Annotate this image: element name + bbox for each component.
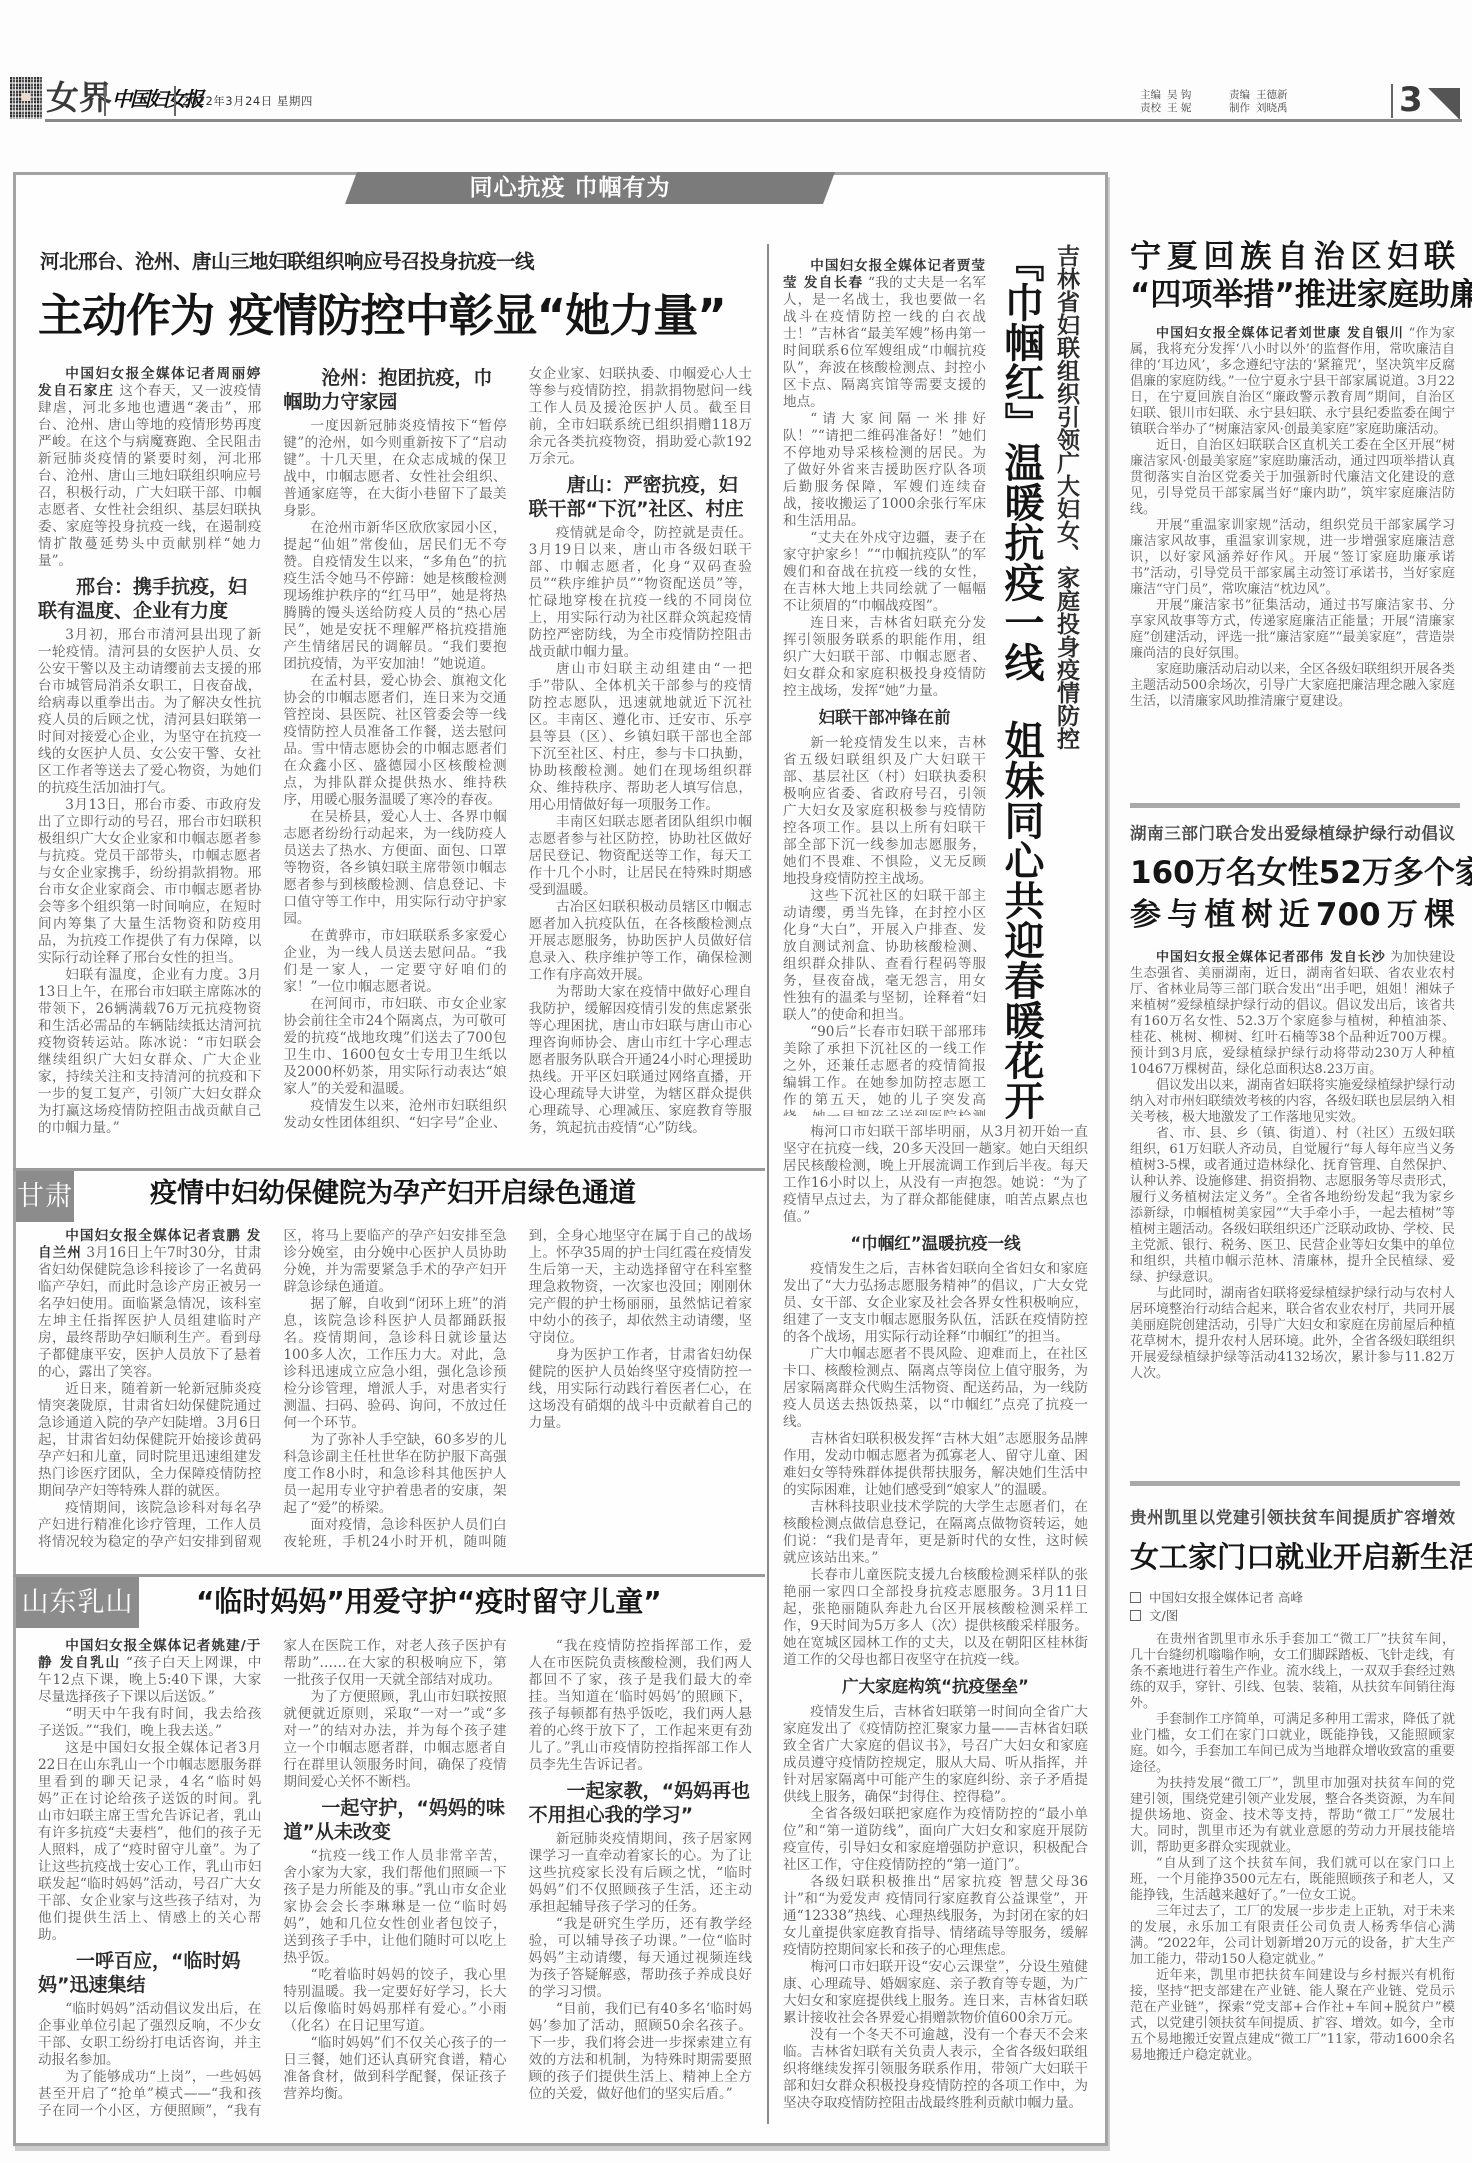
paragraph: 在孟村县，爱心协会、旗袍文化协会的巾帼志愿者们，连日来为交通管控岗、县医院、社区… — [283, 673, 506, 809]
paragraph: “90后”长春市妇联干部邢玮美除了承担下沉社区的一线工作之外，还兼任志愿者的疫情… — [783, 1024, 986, 1116]
paragraph: 中国妇女报全媒体记者贾莹莹 发自长春 “我的丈夫是一名军人，是一名战士，我也要做… — [783, 258, 986, 411]
subheading: 广大家庭构筑“抗疫堡垒” — [783, 1675, 1088, 1699]
subheading: 邢台：携手抗疫，妇联有温度、企业有力度 — [38, 575, 261, 623]
credit-name: 刘晓禹 — [1256, 102, 1304, 115]
paragraph: 为扶持发展“微工厂”，凯里市加强对扶贫车间的党建引领，围绕党建引领产业发展，整合… — [1130, 1776, 1455, 1856]
paragraph: 手套制作工序简单，可满足多种用工需求，降低了就业门槛，女工们在家门口就业，既能挣… — [1130, 1712, 1455, 1776]
corner-triangle-icon — [1428, 88, 1460, 120]
paragraph: 中国妇女报全媒体记者邵伟 发自长沙 为加快建设生态强省、美丽湖南，近日，湖南省妇… — [1130, 950, 1455, 1078]
jilin-headline-part1: 『巾帼红』温暖抗疫一线 — [998, 242, 1044, 682]
paragraph: 在沧州市新华区欣欣家园小区，提起“仙姐”常俊仙，居民们无不夸赞。自疫情发生以来，… — [283, 520, 506, 673]
square-bullet-icon — [1130, 1610, 1141, 1621]
headline-line: 参与植树近700万棵 — [1130, 894, 1455, 936]
header-rule — [45, 119, 1462, 122]
byline-row: 中国妇女报全媒体记者 高峰 — [1130, 1589, 1303, 1607]
byline: 中国妇女报全媒体记者袁鹏 发自兰州 — [38, 1228, 261, 1261]
subheading: “巾帼红”温暖抗疫一线 — [783, 1232, 1088, 1256]
paragraph: 唐山市妇联主动组建由“一把手”带队、全体机关干部参与的疫情防控志愿队，迅速就地就… — [529, 661, 752, 814]
paragraph: 这是中国妇女报全媒体记者3月22日在山东乳山一个巾帼志愿服务群里看到的聊天记录，… — [38, 1740, 261, 1944]
paragraph: 梅河口市妇联开设“安心云课堂”，分设生殖健康、心理疏导、婚姻家庭、亲子教育等专题… — [783, 1959, 1088, 2027]
paragraph: 广大巾帼志愿者不畏风险、迎难而上，在社区卡口、核酸检测点、隔离点等岗位上值守服务… — [783, 1346, 1088, 1431]
paragraph: 为了弥补人手空缺，60多岁的儿科急诊副主任杜世华在防护服下高强度工作8小时，和急… — [283, 1432, 506, 1517]
paragraph: 新冠肺炎疫情期间，孩子居家网课学习一直牵动着家长的心。为了让这些抗疫家长没有后顾… — [529, 1831, 752, 1916]
subheading: 妇联干部冲锋在前 — [783, 706, 986, 730]
paragraph: 全省各级妇联把家庭作为疫情防控的“最小单位”和“第一道防线”，面向广大妇女和家庭… — [783, 1806, 1088, 1874]
credit: 主编吴 钩 — [1140, 89, 1215, 102]
credits-row: 责校王 妮 制作刘晓禹 — [1140, 102, 1304, 115]
paragraph: 疫情发生后，吉林省妇联第一时间向全省广大家庭发出了《疫情防控汇聚家力量——吉林省… — [783, 1704, 1088, 1806]
byline: 中国妇女报全媒体记者刘世康 发自银川 — [1156, 326, 1404, 341]
paragraph: “临时妈妈”们不仅关心孩子的一日三餐，她们还认真研究食谱，精心准备食材，做到科学… — [283, 2035, 506, 2103]
region-label-shandong: 山东乳山 — [16, 1577, 139, 1628]
paragraph: 在吴桥县，爱心人士、各界巾帼志愿者纷纷行动起来，为一线防疫人员送去了热水、方便面… — [283, 809, 506, 928]
subheading: 沧州：抱团抗疫，巾帼助力守家园 — [283, 366, 506, 414]
credit-role: 制作 — [1229, 102, 1250, 115]
subheading: 一起守护，“妈妈的味道”从未改变 — [283, 1796, 506, 1844]
paragraph: 在黄骅市，市妇联联系多家爱心企业，为一线人员送去慰问品。“我们是一家人，一定要守… — [283, 928, 506, 996]
guizhou-article-body: 在贵州省凯里市永乐手套加工“微工厂”扶贫车间，几十台缝纫机嗡嗡作响，女工们脚踩踏… — [1130, 1632, 1455, 2150]
paragraph: “抗疫一线工作人员非常辛苦，舍小家为大家，我们帮他们照顾一下孩子是力所能及的事。… — [283, 1848, 506, 1967]
section-divider — [1130, 803, 1460, 808]
paragraph: 中国妇女报全媒体记者袁鹏 发自兰州 3月16日上午7时30分，甘肃省妇幼保健院急… — [38, 1228, 261, 1381]
section-name: 女界 — [46, 78, 112, 118]
paragraph: 吉林省妇联积极发挥“吉林大姐”志愿服务品牌作用，发动巾帼志愿者为孤寡老人、留守儿… — [783, 1431, 1088, 1499]
paragraph: 疫情就是命令，防控就是责任。3月19日以来，唐山市各级妇联干部、巾帼志愿者，化身… — [529, 525, 752, 661]
paragraph: 古冶区妇联积极动员辖区巾帼志愿者加入抗疫队伍，在各核酸检测点开展志愿服务，协助医… — [529, 899, 752, 984]
paragraph: 开展“重温家训家规”活动，组织党员干部家属学习廉洁家风故事，重温家训家规，进一步… — [1130, 518, 1455, 598]
subheading: 一起家教，“妈妈再也不用担心我的学习” — [529, 1779, 752, 1827]
region-label-gansu: 甘肃 — [16, 1171, 74, 1222]
paragraph: 家庭助廉活动启动以来，全区各级妇联组织开展各类主题活动500余场次，引导广大家庭… — [1130, 662, 1455, 710]
square-bullet-icon — [1130, 1592, 1141, 1603]
qr-code — [10, 77, 42, 119]
paragraph: 中国妇女报全媒体记者姚建/于静 发自乳山 “孩子白天上网课，中午12点下课，晚上… — [38, 1638, 261, 1706]
credit-role: 主编 — [1140, 89, 1161, 102]
paragraph: 据了解，自收到“闭环上班”的消息，该院急诊科医护人员都踊跃报名。疫情期间，急诊科… — [283, 1296, 506, 1432]
guizhou-kicker: 贵州凯里以党建引领扶贫车间提质扩容增效 — [1130, 1507, 1455, 1529]
credit-role: 责校 — [1140, 102, 1161, 115]
subheading: 一呼百应，“临时妈妈”迅速集结 — [38, 1949, 261, 1997]
paragraph: 疫情发生之后，吉林省妇联向全省妇女和家庭发出了“大力弘扬志愿服务精神”的倡议，广… — [783, 1261, 1088, 1346]
paragraph: 三年过去了，工厂的发展一步步走上正轨，对于未来的发展，永乐加工有限责任公司负责人… — [1130, 1904, 1455, 1968]
newspaper-page: 女界 中国妇女报 2022年3月24日 星期四 主编吴 钩 责编王德新 责校王 … — [0, 0, 1472, 2163]
paragraph: “临时妈妈”活动倡议发出后，在企事业单位引起了强烈反响，不少女干部、女职工纷纷打… — [38, 2001, 261, 2069]
jilin-headline-part2: 姐妹同心共迎春暖花开 — [998, 720, 1044, 1120]
hunan-kicker: 湖南三部门联合发出爱绿植绿护绿行动倡议 — [1130, 823, 1455, 845]
paragraph: 长春市儿童医院支援九台核酸检测采样队的张艳丽一家四口全部投身抗疫志愿服务。3月1… — [783, 1567, 1088, 1669]
jilin-vertical-subtitle: 吉林省妇联组织引领广大妇女、家庭投身疫情防控 — [1051, 244, 1081, 750]
paragraph: “请大家间隔一米排好队！”“请把二维码准备好！”她们不停地劝导采核检测的居民。为… — [783, 411, 986, 530]
paragraph: 新一轮疫情发生以来，吉林省五级妇联组织及广大妇联干部、基层社区（村）妇联执委积极… — [783, 735, 986, 888]
byline-text: 中国妇女报全媒体记者 高峰 — [1149, 1590, 1303, 1605]
guizhou-headline: 女工家门口就业开启新生活 — [1130, 1537, 1455, 1577]
ningxia-article-body: 中国妇女报全媒体记者刘世康 发自银川 “作为家属，我将充分发挥‘八小时以外’的监… — [1130, 326, 1455, 788]
paragraph: 连日来，吉林省妇联充分发挥引领服务联系的职能作用，组织广大妇联干部、巾帼志愿者、… — [783, 615, 986, 700]
paragraph: 倡议发出以来，湖南省妇联将实施爱绿植绿护绿行动纳入对市州妇联绩效考核的内容，各级… — [1130, 1078, 1455, 1126]
paragraph: “丈夫在外戍守边疆，妻子在家守护家乡！”“巾帼抗疫队”的军嫂们和奋战在抗疫一线的… — [783, 530, 986, 615]
gansu-article-body: 中国妇女报全媒体记者袁鹏 发自兰州 3月16日上午7时30分，甘肃省妇幼保健院急… — [38, 1228, 752, 1564]
credit: 责校王 妮 — [1140, 102, 1215, 115]
paragraph: 这些下沉社区的妇联干部主动请缨，勇当先锋，在封控小区化身“大白”，开展入户排查、… — [783, 888, 986, 1024]
paragraph: 各级妇联积极推出“居家抗疫 智慧父母36计”和“为爱发声 疫情同行家庭教育公益课… — [783, 1874, 1088, 1959]
editorial-credits: 主编吴 钩 责编王德新 责校王 妮 制作刘晓禹 — [1140, 89, 1304, 115]
paragraph: 在河间市，市妇联、市女企业家协会前往全市24个隔离点，为可敬可爱的抗疫“战地玫瑰… — [283, 996, 506, 1098]
paragraph: 为帮助大家在疫情中做好心理自我防护，缓解因疫情引发的焦虑紧张等心理困扰，唐山市妇… — [529, 984, 752, 1137]
theme-banner: 同心抗疫 巾帼有为 — [345, 172, 835, 204]
paragraph: 近日来，随着新一轮新冠肺炎疫情突袭陇原，甘肃省妇幼保健院通过急诊通道入院的孕产妇… — [38, 1381, 261, 1500]
credits-row: 主编吴 钩 责编王德新 — [1140, 89, 1304, 102]
shandong-article-body: 中国妇女报全媒体记者姚建/于静 发自乳山 “孩子白天上网课，中午12点下课，晚上… — [38, 1638, 752, 2124]
page-number: 3 — [1399, 80, 1423, 120]
headline-line: 宁夏回族自治区妇联 — [1130, 238, 1455, 276]
section-divider — [1130, 1481, 1460, 1486]
paragraph: 在贵州省凯里市永乐手套加工“微工厂”扶贫车间，几十台缝纫机嗡嗡作响，女工们脚踩踏… — [1130, 1632, 1455, 1712]
byline: 中国妇女报全媒体记者姚建/于静 发自乳山 — [38, 1638, 261, 1671]
hebei-article-body: 中国妇女报全媒体记者周丽婷 发自石家庄 这个春天，又一波疫情肆虐，河北多地也遭遇… — [38, 366, 752, 1138]
byline-text: 文/图 — [1149, 1608, 1178, 1623]
hunan-headline: 160万名女性52万多个家庭 参与植树近700万棵 — [1130, 852, 1455, 936]
credit: 制作刘晓禹 — [1229, 102, 1304, 115]
ningxia-headline: 宁夏回族自治区妇联 “四项举措”推进家庭助廉 — [1130, 238, 1455, 314]
credit-role: 责编 — [1229, 89, 1250, 102]
credit: 责编王德新 — [1229, 89, 1304, 102]
paragraph: 身为医护工作者，甘肃省妇幼保健院的医护人员始终坚守疫情防控一线，用实际行动践行着… — [529, 1347, 752, 1432]
byline: 中国妇女报全媒体记者贾莹莹 发自长春 — [783, 258, 986, 291]
paragraph: 近年来，凯里市把扶贫车间建设与乡村振兴有机衔接，坚持“把支部建在产业链、能人聚在… — [1130, 1968, 1455, 2064]
byline: 中国妇女报全媒体记者周丽婷 发自石家庄 — [38, 366, 261, 399]
paragraph: 吉林科技职业技术学院的大学生志愿者们，在核酸检测点做信息登记，在隔离点做物资转运… — [783, 1499, 1088, 1567]
paragraph: 3月初，邢台市清河县出现了新一轮疫情。清河县的女医护人员、女公安干警以及主动请缨… — [38, 627, 261, 797]
paragraph: “吃着临时妈妈的饺子，我心里特别温暖。我一定要好好学习，长大以后像临时妈妈那样有… — [283, 1967, 506, 2035]
paragraph: 近日，自治区妇联联合区直机关工委在全区开展“树廉洁家风·创最美家庭”家庭助廉活动… — [1130, 438, 1455, 518]
headline-line: 160万名女性52万多个家庭 — [1130, 852, 1455, 894]
paragraph: 与此同时，湖南省妇联将爱绿植绿护绿行动与农村人居环境整治行动结合起来，联合省农业… — [1130, 1286, 1455, 1382]
paragraph: 3月13日，邢台市委、市政府发出了立即行动的号召，邢台市妇联积极组织广大女企业家… — [38, 797, 261, 967]
credit-name: 王 妮 — [1167, 102, 1215, 115]
paragraph: 省、市、县、乡（镇、街道）、村（社区）五级妇联组织，61万妇联人齐动员，自觉履行… — [1130, 1126, 1455, 1286]
issue-date: 2022年3月24日 星期四 — [182, 93, 313, 109]
subheading: 唐山：严密抗疫，妇联干部“下沉”社区、村庄 — [529, 473, 752, 521]
hebei-headline: 主动作为 疫情防控中彰显“她力量” — [38, 290, 726, 342]
byline-row: 文/图 — [1130, 1607, 1303, 1625]
byline: 中国妇女报全媒体记者邵伟 发自长沙 — [1156, 950, 1386, 965]
header-divider — [1391, 84, 1393, 118]
shandong-headline: “临时妈妈”用爱守护“疫时留守儿童” — [196, 1583, 662, 1621]
paragraph: 妇联有温度，企业有力度。3月13日上午，在邢台市妇联主席陈冰的带领下，26辆满载… — [38, 967, 261, 1137]
paragraph: “明天中午我有时间，我去给孩子送饭。”“我们，晚上我去送。” — [38, 1706, 261, 1740]
paragraph: 没有一个冬天不可逾越，没有一个春天不会来临。吉林省妇联有关负责人表示，全省各级妇… — [783, 2027, 1088, 2112]
paragraph: “我是研究生学历，还有教学经验，可以辅导孩子功课。”一位“临时妈妈”主动请缨，每… — [529, 1916, 752, 2001]
paragraph: 一度因新冠肺炎疫情按下“暂停键”的沧州，如今则重新按下了“启动键”。十几天里，在… — [283, 418, 506, 520]
header-divider — [104, 86, 106, 116]
paragraph: 丰南区妇联志愿者团队组织巾帼志愿者参与社区防控，协助社区做好居民登记、物资配送等… — [529, 814, 752, 899]
headline-line: 女工家门口就业开启新生活 — [1130, 1537, 1455, 1577]
credit-name: 王德新 — [1256, 89, 1304, 102]
paragraph: “我在疫情防控指挥部工作，爱人在市医院负责核酸检测，我们两人都回不了家，孩子是我… — [529, 1638, 752, 1774]
paragraph: 为了方便照顾，乳山市妇联按照就便就近原则，采取“一对一”或“多对一”的结对办法，… — [283, 1689, 506, 1791]
guizhou-bylines: 中国妇女报全媒体记者 高峰 文/图 — [1130, 1589, 1303, 1625]
hunan-article-body: 中国妇女报全媒体记者邵伟 发自长沙 为加快建设生态强省、美丽湖南，近日，湖南省妇… — [1130, 950, 1455, 1460]
headline-line: “四项举措”推进家庭助廉 — [1130, 276, 1455, 314]
section-rule — [13, 1168, 765, 1171]
jilin-article-body-top: 中国妇女报全媒体记者贾莹莹 发自长春 “我的丈夫是一名军人，是一名战士，我也要做… — [783, 258, 986, 1116]
header-divider — [174, 86, 176, 116]
column-rule — [767, 244, 769, 2124]
jilin-article-body-bottom: 梅河口市妇联干部毕明丽，从3月初开始一直坚守在抗疫一线，20多天没回一趟家。她白… — [783, 1124, 1088, 2124]
gansu-headline: 疫情中妇幼保健院为孕产妇开启绿色通道 — [150, 1177, 636, 1211]
credit-name: 吴 钩 — [1167, 89, 1215, 102]
paragraph: 中国妇女报全媒体记者周丽婷 发自石家庄 这个春天，又一波疫情肆虐，河北多地也遭遇… — [38, 366, 261, 570]
paragraph: 开展“廉洁家书”征集活动，通过书写廉洁家书、分享家风故事等方式，传递家庭廉洁正能… — [1130, 598, 1455, 662]
paragraph: “自从到了这个扶贫车间，我们就可以在家门口上班，一个月能挣3500元左右，既能照… — [1130, 1856, 1455, 1904]
paragraph: 梅河口市妇联干部毕明丽，从3月初开始一直坚守在抗疫一线，20多天没回一趟家。她白… — [783, 1124, 1088, 1226]
jilin-vertical-headline: 『巾帼红』温暖抗疫一线姐妹同心共迎春暖花开 — [998, 242, 1044, 1120]
hebei-kicker: 河北邢台、沧州、唐山三地妇联组织响应号召投身抗疫一线 — [40, 249, 534, 275]
paragraph: “目前，我们已有40多名‘临时妈妈’参加了活动，照顾50余名孩子。下一步，我们将… — [529, 2001, 752, 2103]
paragraph: 中国妇女报全媒体记者刘世康 发自银川 “作为家属，我将充分发挥‘八小时以外’的监… — [1130, 326, 1455, 438]
